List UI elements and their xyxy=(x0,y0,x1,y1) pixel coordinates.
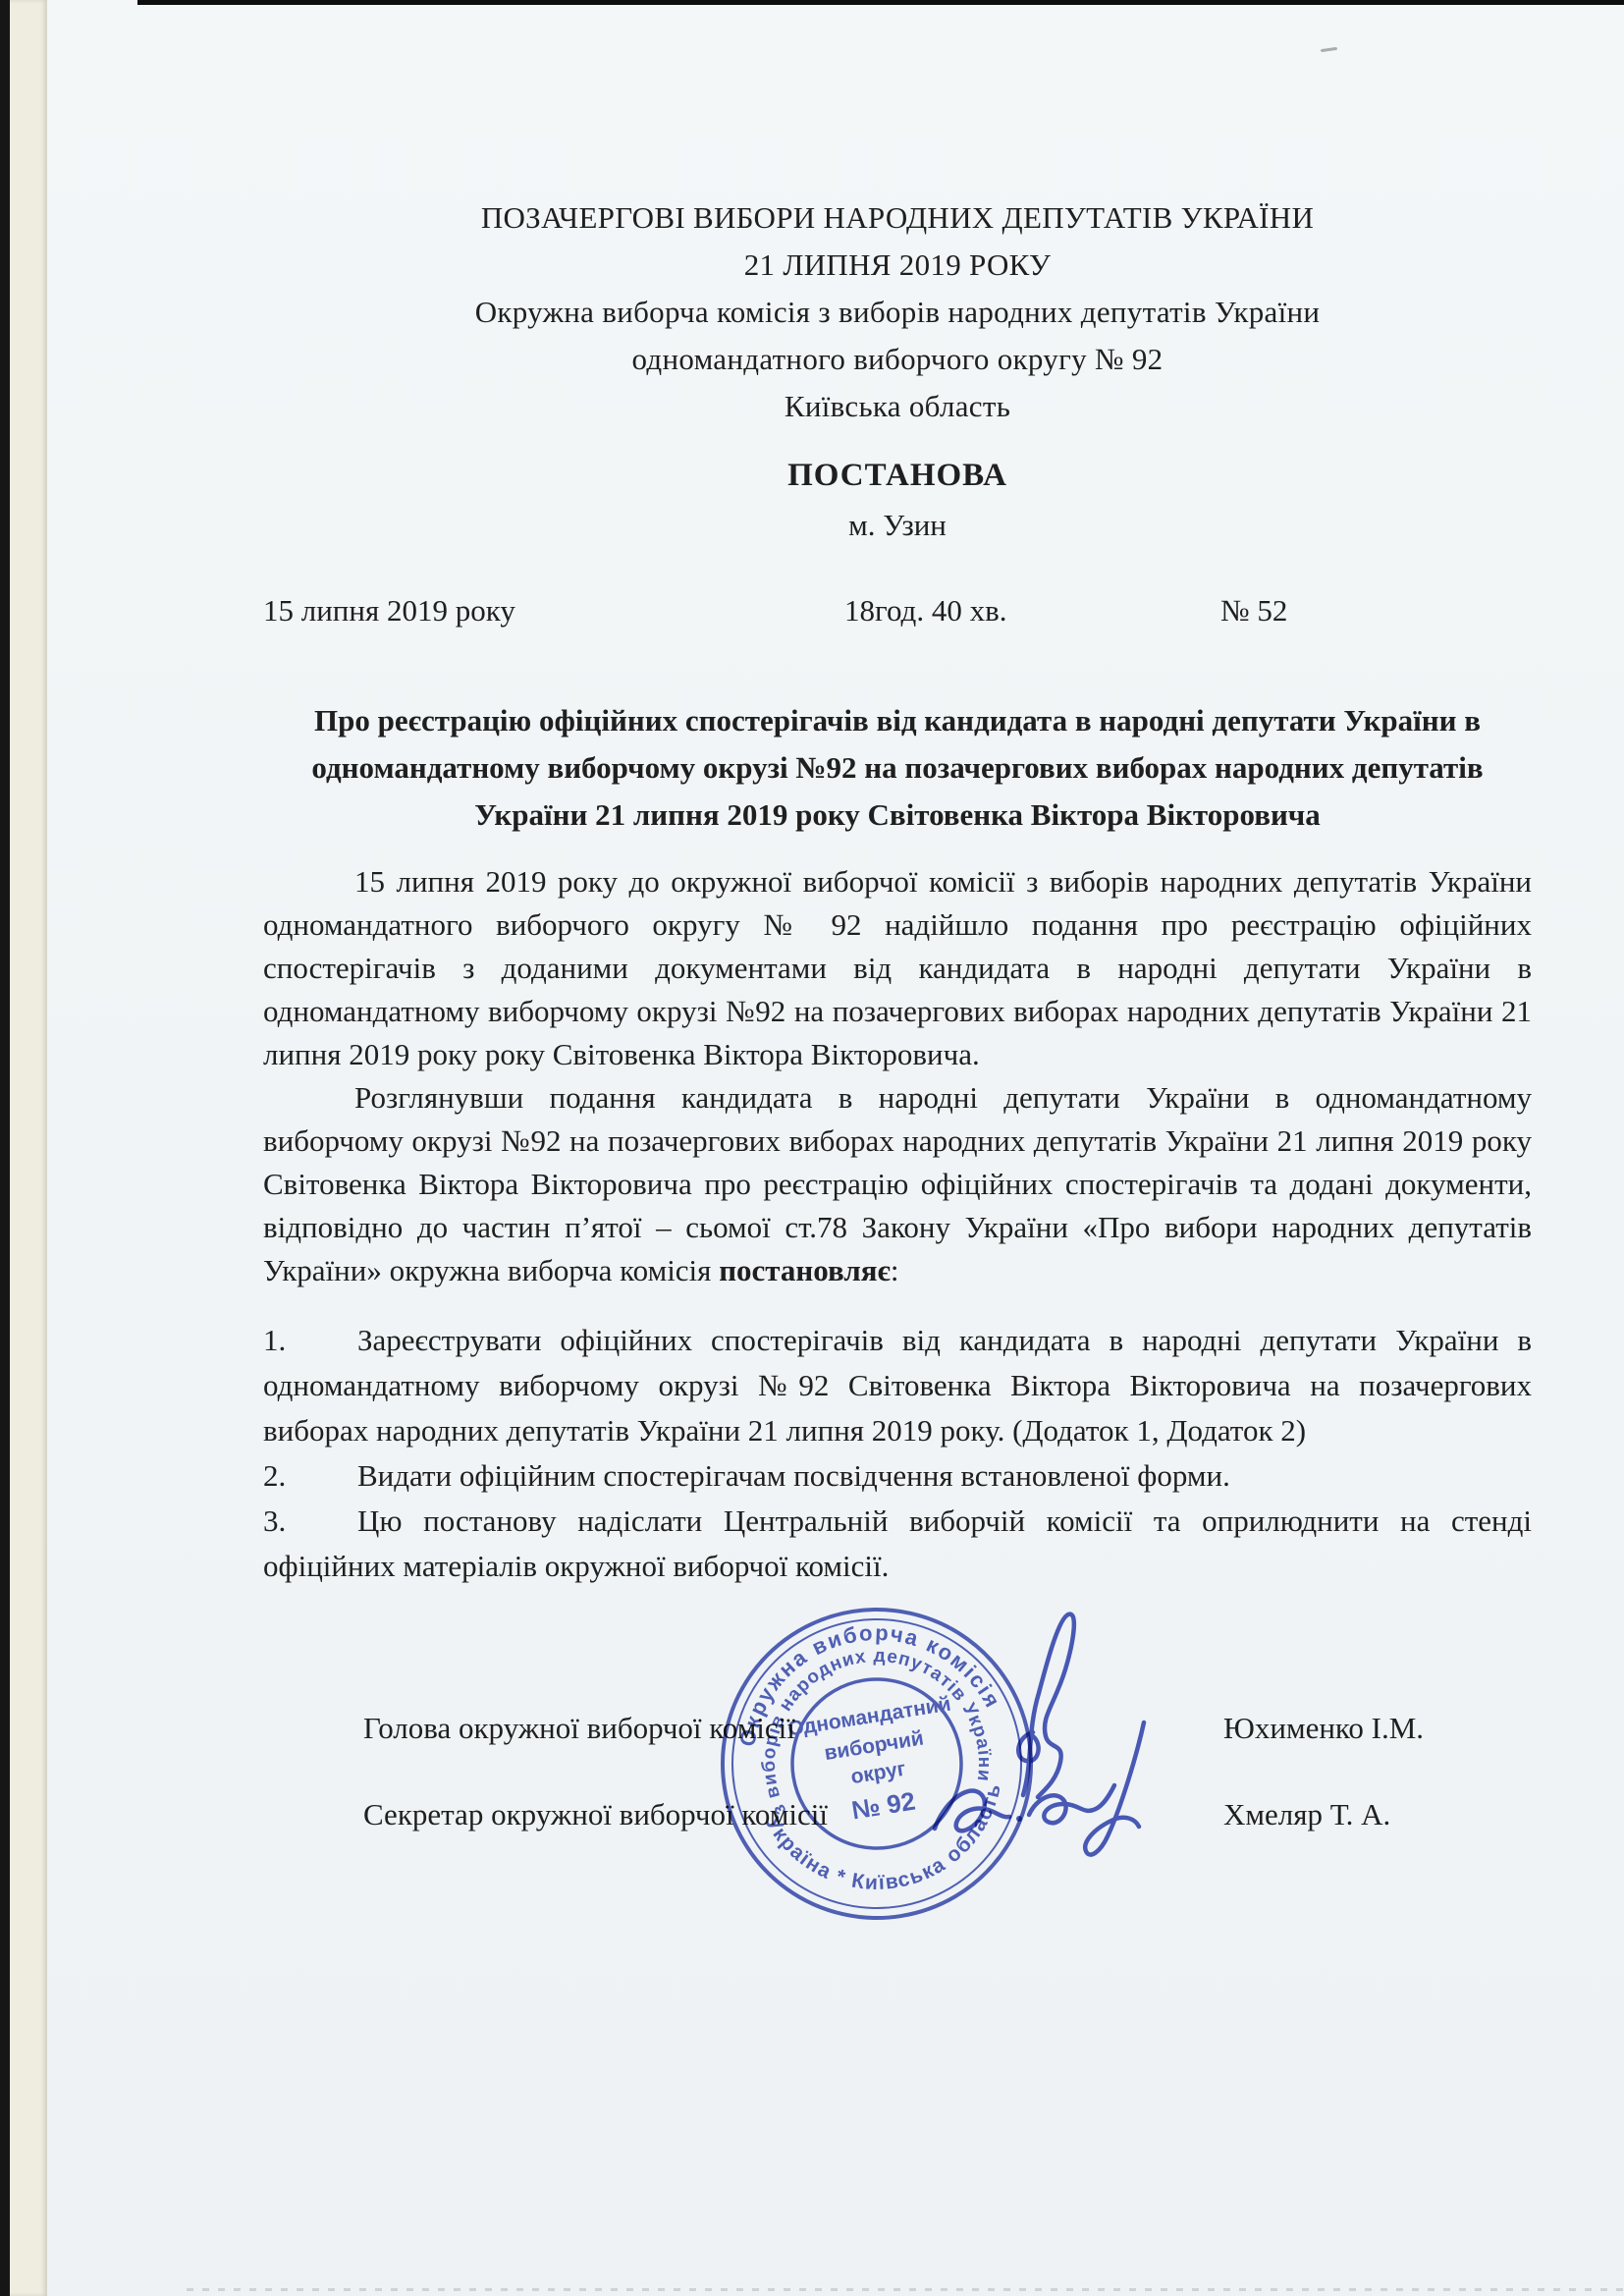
date-row: 15 липня 2019 року 18год. 40 хв. № 52 xyxy=(263,593,1532,634)
secretary-name: Хмеляр Т. А. xyxy=(1223,1797,1390,1832)
paragraph-consideration: Розглянувши подання кандидата в народні … xyxy=(263,1076,1532,1292)
header-line-region: Київська область xyxy=(263,383,1532,430)
scan-artifact-dash xyxy=(1321,47,1337,52)
stamp-center-line-4: № 92 xyxy=(849,1786,917,1826)
paragraph-intro: 15 липня 2019 року до окружної виборчої … xyxy=(263,860,1532,1076)
item-2-number: 2. xyxy=(263,1453,357,1499)
place-label: м. Узин xyxy=(263,508,1532,543)
header-line-date: 21 ЛИПНЯ 2019 РОКУ xyxy=(263,242,1532,289)
document-header: ПОЗАЧЕРГОВІ ВИБОРИ НАРОДНИХ ДЕПУТАТІВ УК… xyxy=(263,194,1532,430)
resolution-item-1: 1.Зареєструвати офіційних спостерігачів … xyxy=(263,1318,1532,1453)
item-1-text: Зареєструвати офіційних спостерігачів ві… xyxy=(263,1323,1532,1448)
item-2-text: Видати офіційним спостерігачам посвідчен… xyxy=(357,1458,1230,1493)
doc-number: № 52 xyxy=(1220,593,1287,629)
scanned-document-page: ПОЗАЧЕРГОВІ ВИБОРИ НАРОДНИХ ДЕПУТАТІВ УК… xyxy=(0,0,1624,2296)
resolution-title: Про реєстрацію офіційних спостерігачів в… xyxy=(263,697,1532,839)
header-line-district: одномандатного виборчого округу № 92 xyxy=(263,336,1532,383)
header-line-election: ПОЗАЧЕРГОВІ ВИБОРИ НАРОДНИХ ДЕПУТАТІВ УК… xyxy=(263,194,1532,242)
scanner-top-edge xyxy=(137,0,1624,5)
resolution-item-2: 2.Видати офіційним спостерігачам посвідч… xyxy=(263,1453,1532,1499)
document-kind-label: ПОСТАНОВА xyxy=(263,458,1532,494)
paragraph-consideration-tail: : xyxy=(891,1253,899,1287)
scan-artifact-bottom xyxy=(187,2288,1624,2291)
resolves-keyword: постановляє xyxy=(719,1253,891,1287)
item-3-number: 3. xyxy=(263,1499,357,1544)
scanner-edge-strip xyxy=(0,0,10,2296)
header-line-commission: Окружна виборча комісія з виборів народн… xyxy=(263,289,1532,336)
doc-date: 15 липня 2019 року xyxy=(263,593,515,629)
secretary-signature xyxy=(921,1711,1196,1878)
chair-name: Юхименко І.М. xyxy=(1223,1711,1424,1746)
paper-stack-edge xyxy=(10,0,47,2296)
item-3-text: Цю постанову надіслати Центральній вибор… xyxy=(263,1503,1532,1583)
resolution-item-3: 3.Цю постанову надіслати Центральній виб… xyxy=(263,1499,1532,1589)
doc-time: 18год. 40 хв. xyxy=(844,593,1006,629)
resolution-list: 1.Зареєструвати офіційних спостерігачів … xyxy=(263,1318,1532,1589)
item-1-number: 1. xyxy=(263,1318,357,1363)
stamp-center-line-3: округ xyxy=(849,1758,907,1789)
